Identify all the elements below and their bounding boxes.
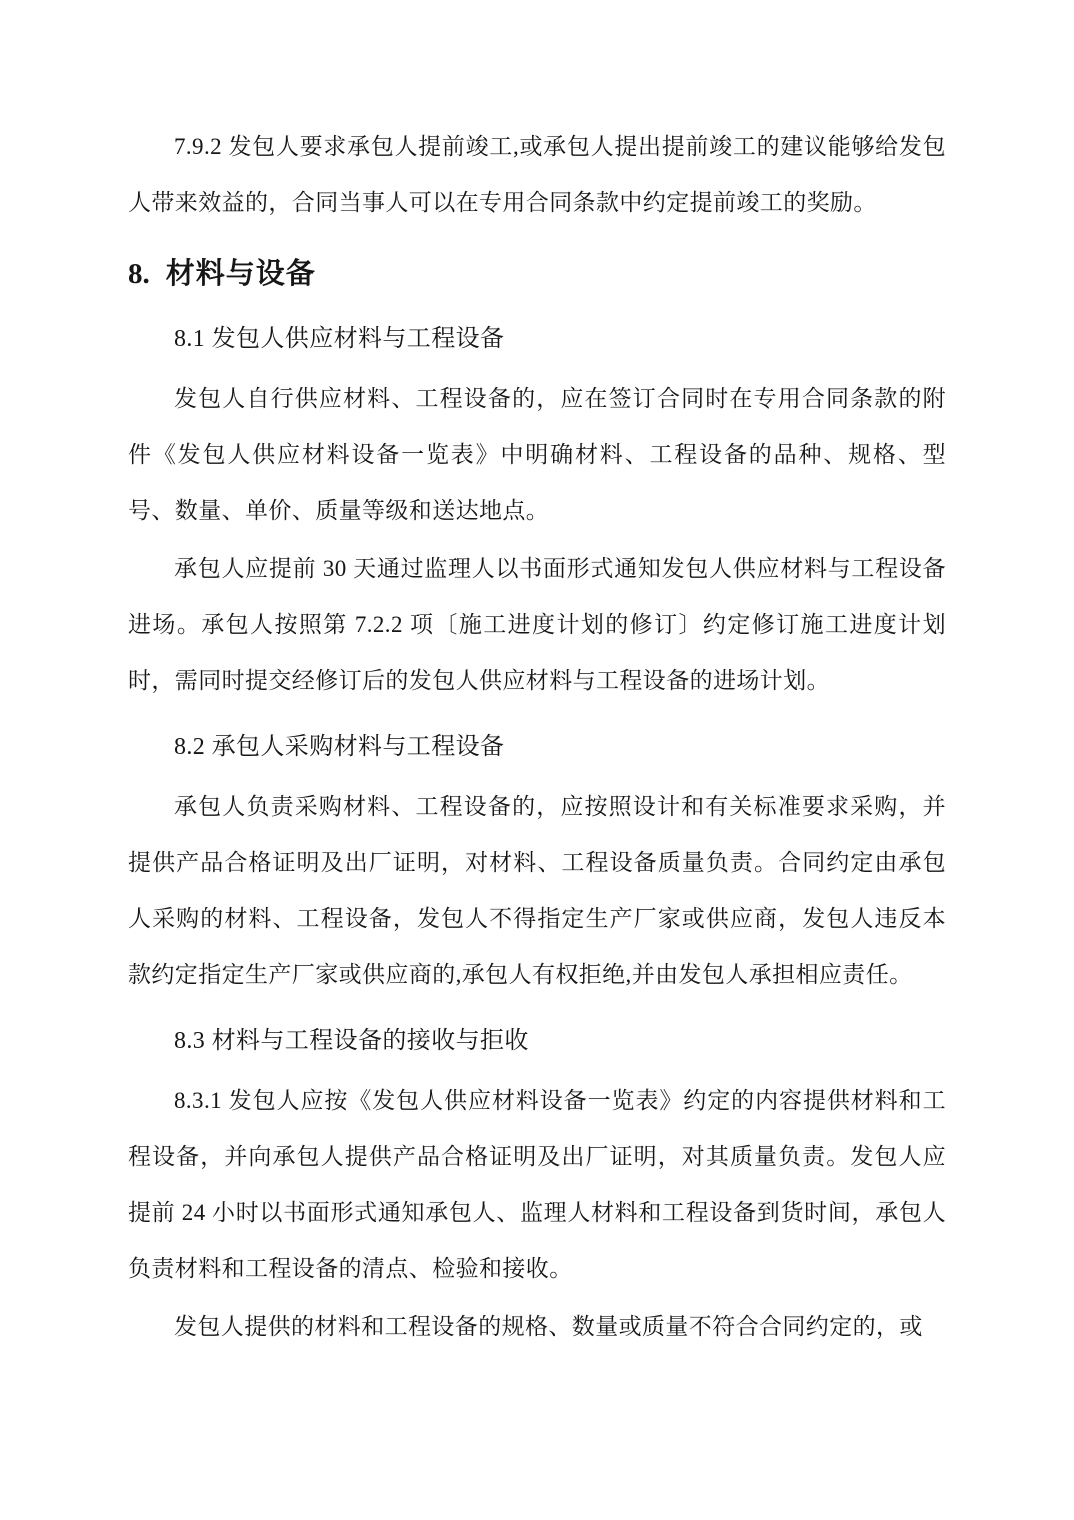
- paragraph-8-3-continued: 发包人提供的材料和工程设备的规格、数量或质量不符合合同约定的，或: [128, 1299, 946, 1355]
- document-page: 7.9.2 发包人要求承包人提前竣工,或承包人提出提前竣工的建议能够给发包人带来…: [0, 0, 1074, 1520]
- chapter-title: 材料与设备: [166, 258, 316, 290]
- paragraph-8-3-1: 8.3.1 发包人应按《发包人供应材料设备一览表》约定的内容提供材料和工程设备，…: [128, 1073, 946, 1297]
- section-heading-8-2: 8.2 承包人采购材料与工程设备: [128, 719, 946, 775]
- section-heading-8-1: 8.1 发包人供应材料与工程设备: [128, 311, 946, 367]
- section-heading-8-3: 8.3 材料与工程设备的接收与拒收: [128, 1013, 946, 1069]
- paragraph-8-1-supply-list: 发包人自行供应材料、工程设备的，应在签订合同时在专用合同条款的附件《发包人供应材…: [128, 371, 946, 539]
- paragraph-8-1-notice: 承包人应提前 30 天通过监理人以书面形式通知发包人供应材料与工程设备进场。承包…: [128, 541, 946, 709]
- paragraph-7-9-2: 7.9.2 发包人要求承包人提前竣工,或承包人提出提前竣工的建议能够给发包人带来…: [128, 119, 946, 231]
- paragraph-8-2-procurement: 承包人负责采购材料、工程设备的，应按照设计和有关标准要求采购，并提供产品合格证明…: [128, 779, 946, 1003]
- chapter-number: 8.: [128, 258, 150, 290]
- chapter-heading-8: 8.材料与设备: [128, 251, 946, 297]
